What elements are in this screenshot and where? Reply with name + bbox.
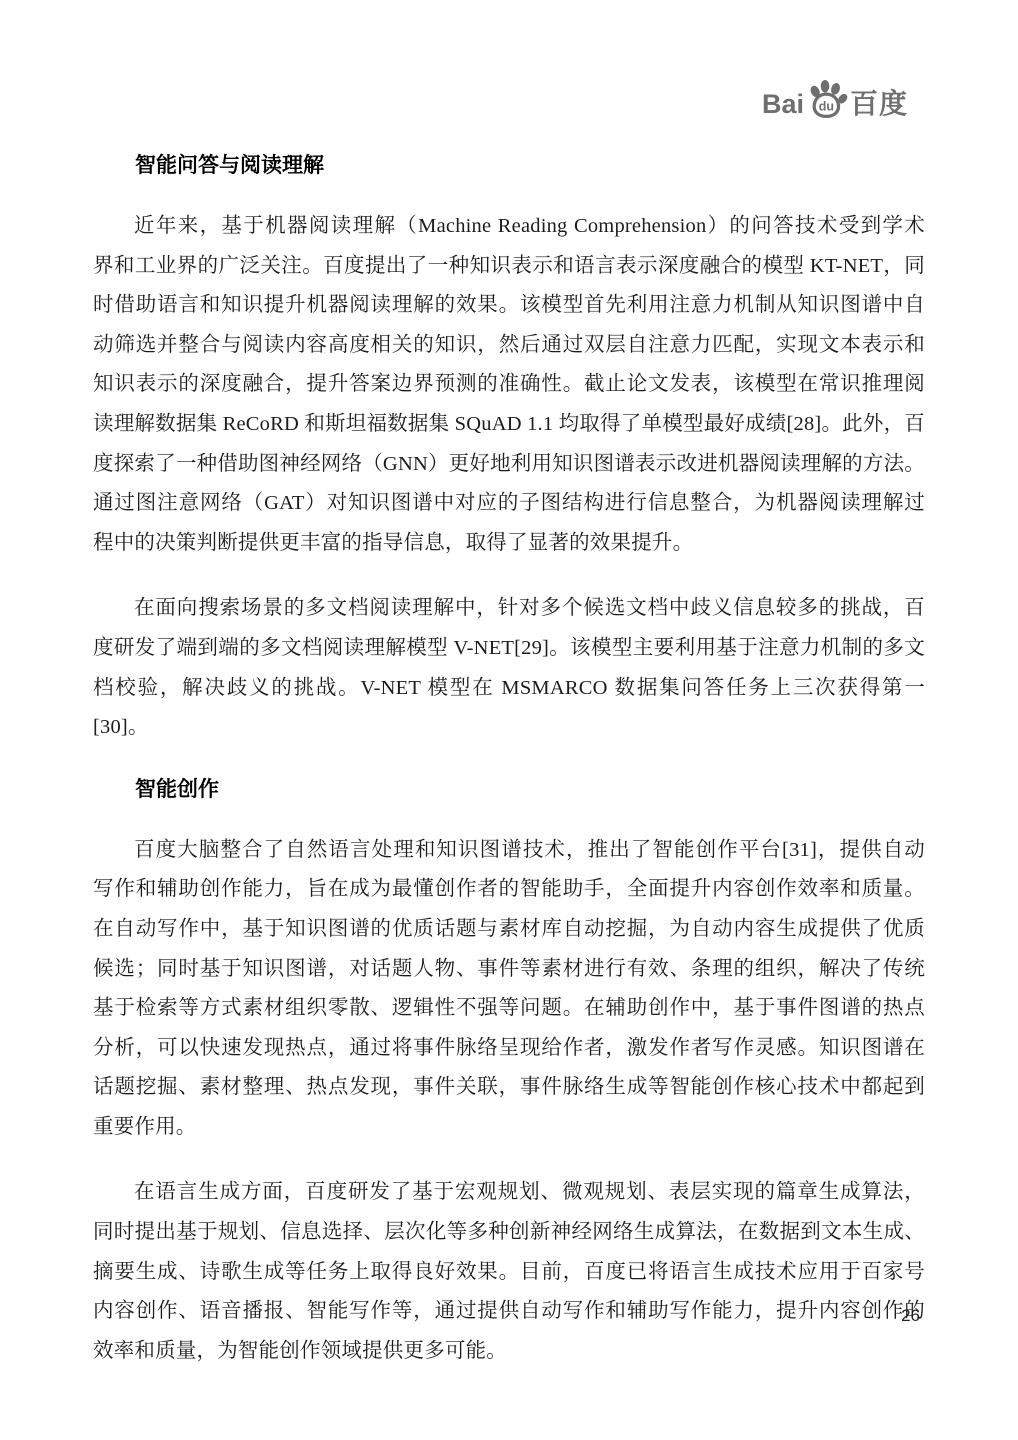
logo-du-text: du	[819, 100, 834, 114]
paragraph-line: 程中的决策判断提供更丰富的指导信息，取得了显著的效果提升。	[93, 524, 925, 564]
paragraph-line: 在自动写作中，基于知识图谱的优质话题与素材库自动挖掘，为自动内容生成提供了优质	[93, 910, 925, 950]
paragraph-creation-1: 百度大脑整合了自然语言处理和知识图谱技术，推出了智能创作平台[31]，提供自动 …	[93, 831, 925, 1148]
paragraph-line: 在面向搜索场景的多文档阅读理解中，针对多个候选文档中歧义信息较多的挑战，百	[93, 589, 925, 629]
paragraph-line: 知识表示的深度融合，提升答案边界预测的准确性。截止论文发表，该模型在常识推理阅	[93, 365, 925, 405]
baidu-paw-icon: du	[806, 78, 848, 122]
paragraph-line: 重要作用。	[93, 1108, 925, 1148]
paragraph-line: 话题挖掘、素材整理、热点发现，事件关联，事件脉络生成等智能创作核心技术中都起到	[93, 1068, 925, 1108]
paragraph-line: 读理解数据集 ReCoRD 和斯坦福数据集 SQuAD 1.1 均取得了单模型最…	[93, 405, 925, 445]
page-number: 26	[901, 1306, 920, 1326]
paragraph-line: 摘要生成、诗歌生成等任务上取得良好效果。目前，百度已将语言生成技术应用于百家号	[93, 1253, 925, 1293]
paragraph-qa-2: 在面向搜索场景的多文档阅读理解中，针对多个候选文档中歧义信息较多的挑战，百 度研…	[93, 589, 925, 747]
paragraph-line: 界和工业界的广泛关注。百度提出了一种知识表示和语言表示深度融合的模型 KT-NE…	[93, 247, 925, 287]
paragraph-line: 同时提出基于规划、信息选择、层次化等多种创新神经网络生成算法，在数据到文本生成、	[93, 1213, 925, 1253]
paragraph-qa-1: 近年来，基于机器阅读理解（Machine Reading Comprehensi…	[93, 207, 925, 563]
paragraph-line: 写作和辅助创作能力，旨在成为最懂创作者的智能助手，全面提升内容创作效率和质量。	[93, 870, 925, 910]
section-heading-creation: 智能创作	[93, 774, 925, 804]
section-heading-qa: 智能问答与阅读理解	[93, 150, 925, 180]
paragraph-line: 近年来，基于机器阅读理解（Machine Reading Comprehensi…	[93, 207, 925, 247]
paragraph-line: 在语言生成方面，百度研发了基于宏观规划、微观规划、表层实现的篇章生成算法，	[93, 1173, 925, 1213]
paragraph-line: 基于检索等方式素材组织零散、逻辑性不强等问题。在辅助创作中，基于事件图谱的热点	[93, 989, 925, 1029]
paragraph-line: 度探索了一种借助图神经网络（GNN）更好地利用知识图谱表示改进机器阅读理解的方法…	[93, 445, 925, 485]
paragraph-line: 档校验，解决歧义的挑战。V-NET 模型在 MSMARCO 数据集问答任务上三次…	[93, 669, 925, 748]
paragraph-line: 内容创作、语音播报、智能写作等，通过提供自动写作和辅助写作能力，提升内容创作的	[93, 1292, 925, 1332]
paragraph-line: 候选；同时基于知识图谱，对话题人物、事件等素材进行有效、条理的组织，解决了传统	[93, 950, 925, 990]
paragraph-line: 度研发了端到端的多文档阅读理解模型 V-NET[29]。该模型主要利用基于注意力…	[93, 629, 925, 669]
paragraph-line: 百度大脑整合了自然语言处理和知识图谱技术，推出了智能创作平台[31]，提供自动	[93, 831, 925, 871]
paragraph-line: 时借助语言和知识提升机器阅读理解的效果。该模型首先利用注意力机制从知识图谱中自	[93, 286, 925, 326]
baidu-logo: Bai du 百度	[762, 78, 908, 122]
paragraph-line: 通过图注意网络（GAT）对知识图谱中对应的子图结构进行信息整合，为机器阅读理解过	[93, 484, 925, 524]
logo-bai-text: Bai	[762, 91, 804, 118]
paragraph-line: 动筛选并整合与阅读内容高度相关的知识，然后通过双层自注意力匹配，实现文本表示和	[93, 326, 925, 366]
document-page: Bai du 百度 智能问答与阅读理解 近年来，基于机器阅读理解（Machine…	[0, 0, 1018, 1440]
paragraph-line: 效率和质量，为智能创作领域提供更多可能。	[93, 1332, 925, 1372]
paragraph-line: 分析，可以快速发现热点，通过将事件脉络呈现给作者，激发作者写作灵感。知识图谱在	[93, 1029, 925, 1069]
paragraph-creation-2: 在语言生成方面，百度研发了基于宏观规划、微观规划、表层实现的篇章生成算法， 同时…	[93, 1173, 925, 1371]
logo-cn-text: 百度	[850, 90, 908, 118]
